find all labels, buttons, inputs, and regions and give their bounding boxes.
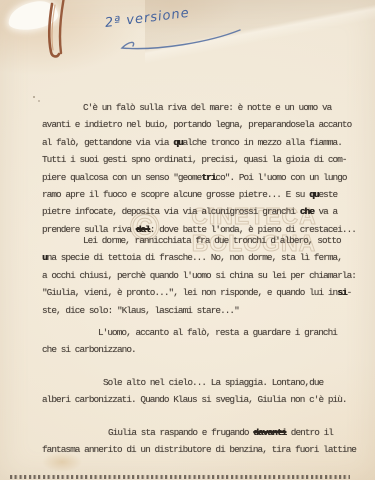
scanned-typescript-page: © CINETECA BOLOGNA C'è un falò sulla riv… [0, 0, 375, 480]
typed-line: Lei dorme, rannicchiata fra due tronchi … [42, 232, 356, 249]
paragraph: Giulia sta raspando e frugando davanti d… [42, 424, 356, 459]
typed-line: Giulia sta raspando e frugando davanti d… [42, 424, 356, 441]
paragraph: C'è un falò sulla riva del mare: è notte… [42, 99, 356, 238]
typed-line: che si carbonizzano. [42, 341, 337, 358]
typed-line: pietre infocate, deposita via via alcuni… [42, 203, 356, 220]
typed-line: alberi carbonizzati. Quando Klaus si sve… [42, 391, 347, 408]
typed-line: fantasma annerito di un distributore di … [42, 441, 356, 458]
typed-line: L'uomo, accanto al falò, resta a guardar… [42, 324, 337, 341]
typed-text: C'è un falò sulla riva del mare: è notte… [0, 0, 375, 480]
typed-line: ste, dice solo: "Klaus, lasciami stare..… [42, 302, 356, 319]
typed-line: Sole alto nel cielo... La spiaggia. Lont… [42, 374, 347, 391]
annotation-underline-stroke [100, 8, 250, 56]
typed-line: una specie di tettoia di frasche... No, … [42, 249, 356, 266]
paragraph: Sole alto nel cielo... La spiaggia. Lont… [42, 374, 347, 409]
cut-off-text-line [10, 475, 350, 479]
typed-line: C'è un falò sulla riva del mare: è notte… [42, 99, 356, 116]
typed-line: piere qualcosa con un senso "geometrico"… [42, 169, 356, 186]
paragraph: L'uomo, accanto al falò, resta a guardar… [42, 324, 337, 359]
typed-line: ramo apre il fuoco e scopre alcune gross… [42, 186, 356, 203]
typed-line: avanti e indietro nel buio, portando leg… [42, 116, 356, 133]
handwritten-annotation: 2ª versione [100, 8, 250, 56]
typed-line: a occhi chiusi, perchè quando l'uomo si … [42, 267, 356, 284]
typed-line: "Giulia, vieni, è pronto...", lei non ri… [42, 284, 356, 301]
typed-line: Tutti i suoi gesti spno ordinati, precis… [42, 151, 356, 168]
typed-line: al falò, gettandone via via qualche tron… [42, 134, 356, 151]
paragraph: Lei dorme, rannicchiata fra due tronchi … [42, 232, 356, 319]
